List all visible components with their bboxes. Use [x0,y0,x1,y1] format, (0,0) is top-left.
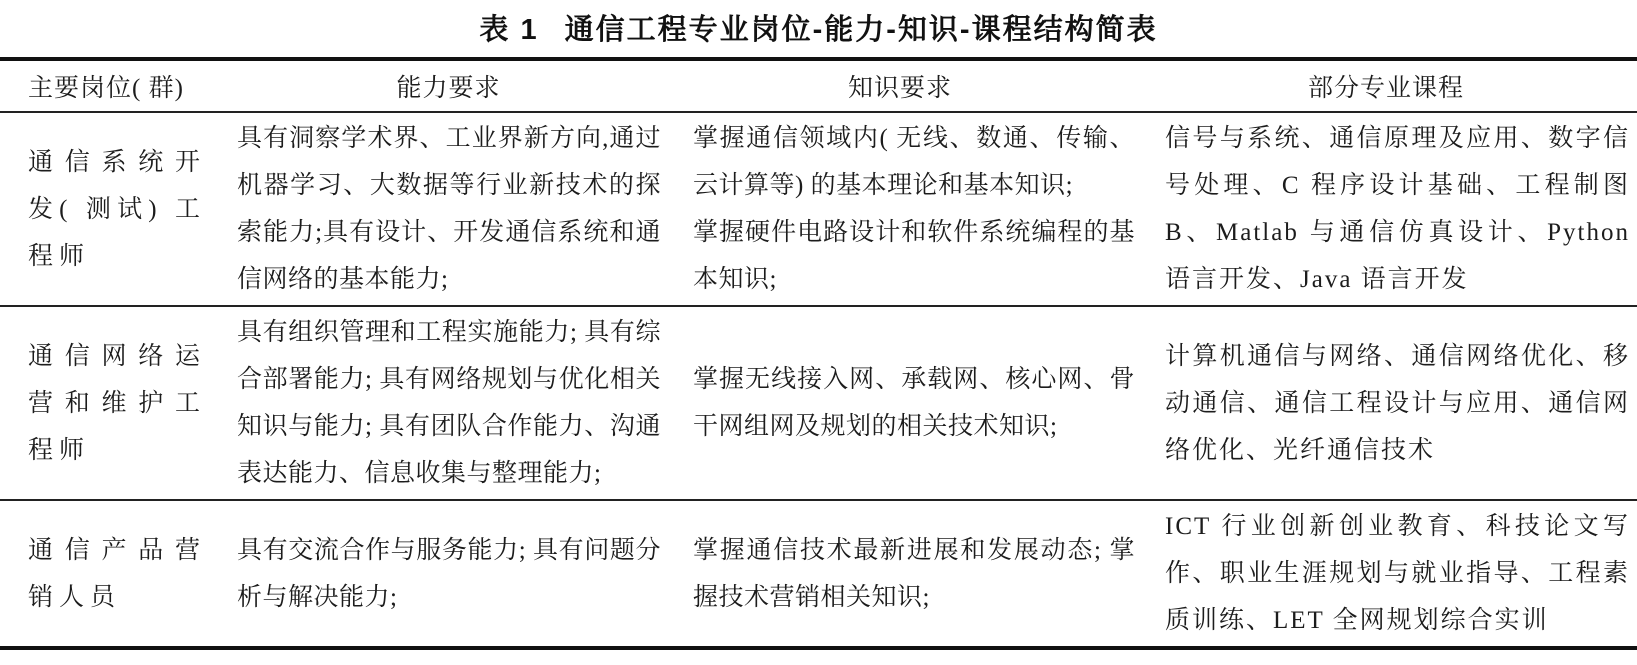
col-header-position: 主要岗位( 群) [0,59,232,112]
col-header-knowledge: 知识要求 [665,59,1135,112]
table-caption: 表 1通信工程专业岗位-能力-知识-课程结构简表 [0,0,1637,57]
cell-knowledge: 掌握通信领域内( 无线、数通、传输、云计算等) 的基本理论和基本知识; 掌握硬件… [665,112,1135,306]
cell-ability: 具有组织管理和工程实施能力; 具有综合部署能力; 具有网络规划与优化相关知识与能… [232,306,665,500]
cell-courses: 信号与系统、通信原理及应用、数字信号处理、C 程序设计基础、工程制图 B、Mat… [1135,112,1637,306]
cell-knowledge: 掌握无线接入网、承载网、核心网、骨干网组网及规划的相关技术知识; [665,306,1135,500]
col-header-ability: 能力要求 [232,59,665,112]
document-page: 表 1通信工程专业岗位-能力-知识-课程结构简表 主要岗位( 群) 能力要求 知… [0,0,1637,665]
cell-ability: 具有交流合作与服务能力; 具有问题分析与解决能力; [232,500,665,648]
cell-courses: 计算机通信与网络、通信网络优化、移动通信、通信工程设计与应用、通信网络优化、光纤… [1135,306,1637,500]
cell-courses: ICT 行业创新创业教育、科技论文写作、职业生涯规划与就业指导、工程素质训练、L… [1135,500,1637,648]
cell-position: 通信产品营销人员 [0,500,232,648]
cell-ability: 具有洞察学术界、工业界新方向,通过机器学习、大数据等行业新技术的探索能力;具有设… [232,112,665,306]
structure-table: 主要岗位( 群) 能力要求 知识要求 部分专业课程 通信系统开发( 测试) 工程… [0,57,1637,650]
table-row-network-ops-engineer: 通信网络运营和维护工程师 具有组织管理和工程实施能力; 具有综合部署能力; 具有… [0,306,1637,500]
table-number: 表 1 [479,14,538,46]
cell-knowledge: 掌握通信技术最新进展和发展动态; 掌握技术营销相关知识; [665,500,1135,648]
table-row-system-dev-engineer: 通信系统开发( 测试) 工程师 具有洞察学术界、工业界新方向,通过机器学习、大数… [0,112,1637,306]
col-header-courses: 部分专业课程 [1135,59,1637,112]
cell-position: 通信网络运营和维护工程师 [0,306,232,500]
table-header-row: 主要岗位( 群) 能力要求 知识要求 部分专业课程 [0,59,1637,112]
table-title: 通信工程专业岗位-能力-知识-课程结构简表 [565,14,1158,46]
table-row-product-marketing: 通信产品营销人员 具有交流合作与服务能力; 具有问题分析与解决能力; 掌握通信技… [0,500,1637,648]
cell-position: 通信系统开发( 测试) 工程师 [0,112,232,306]
